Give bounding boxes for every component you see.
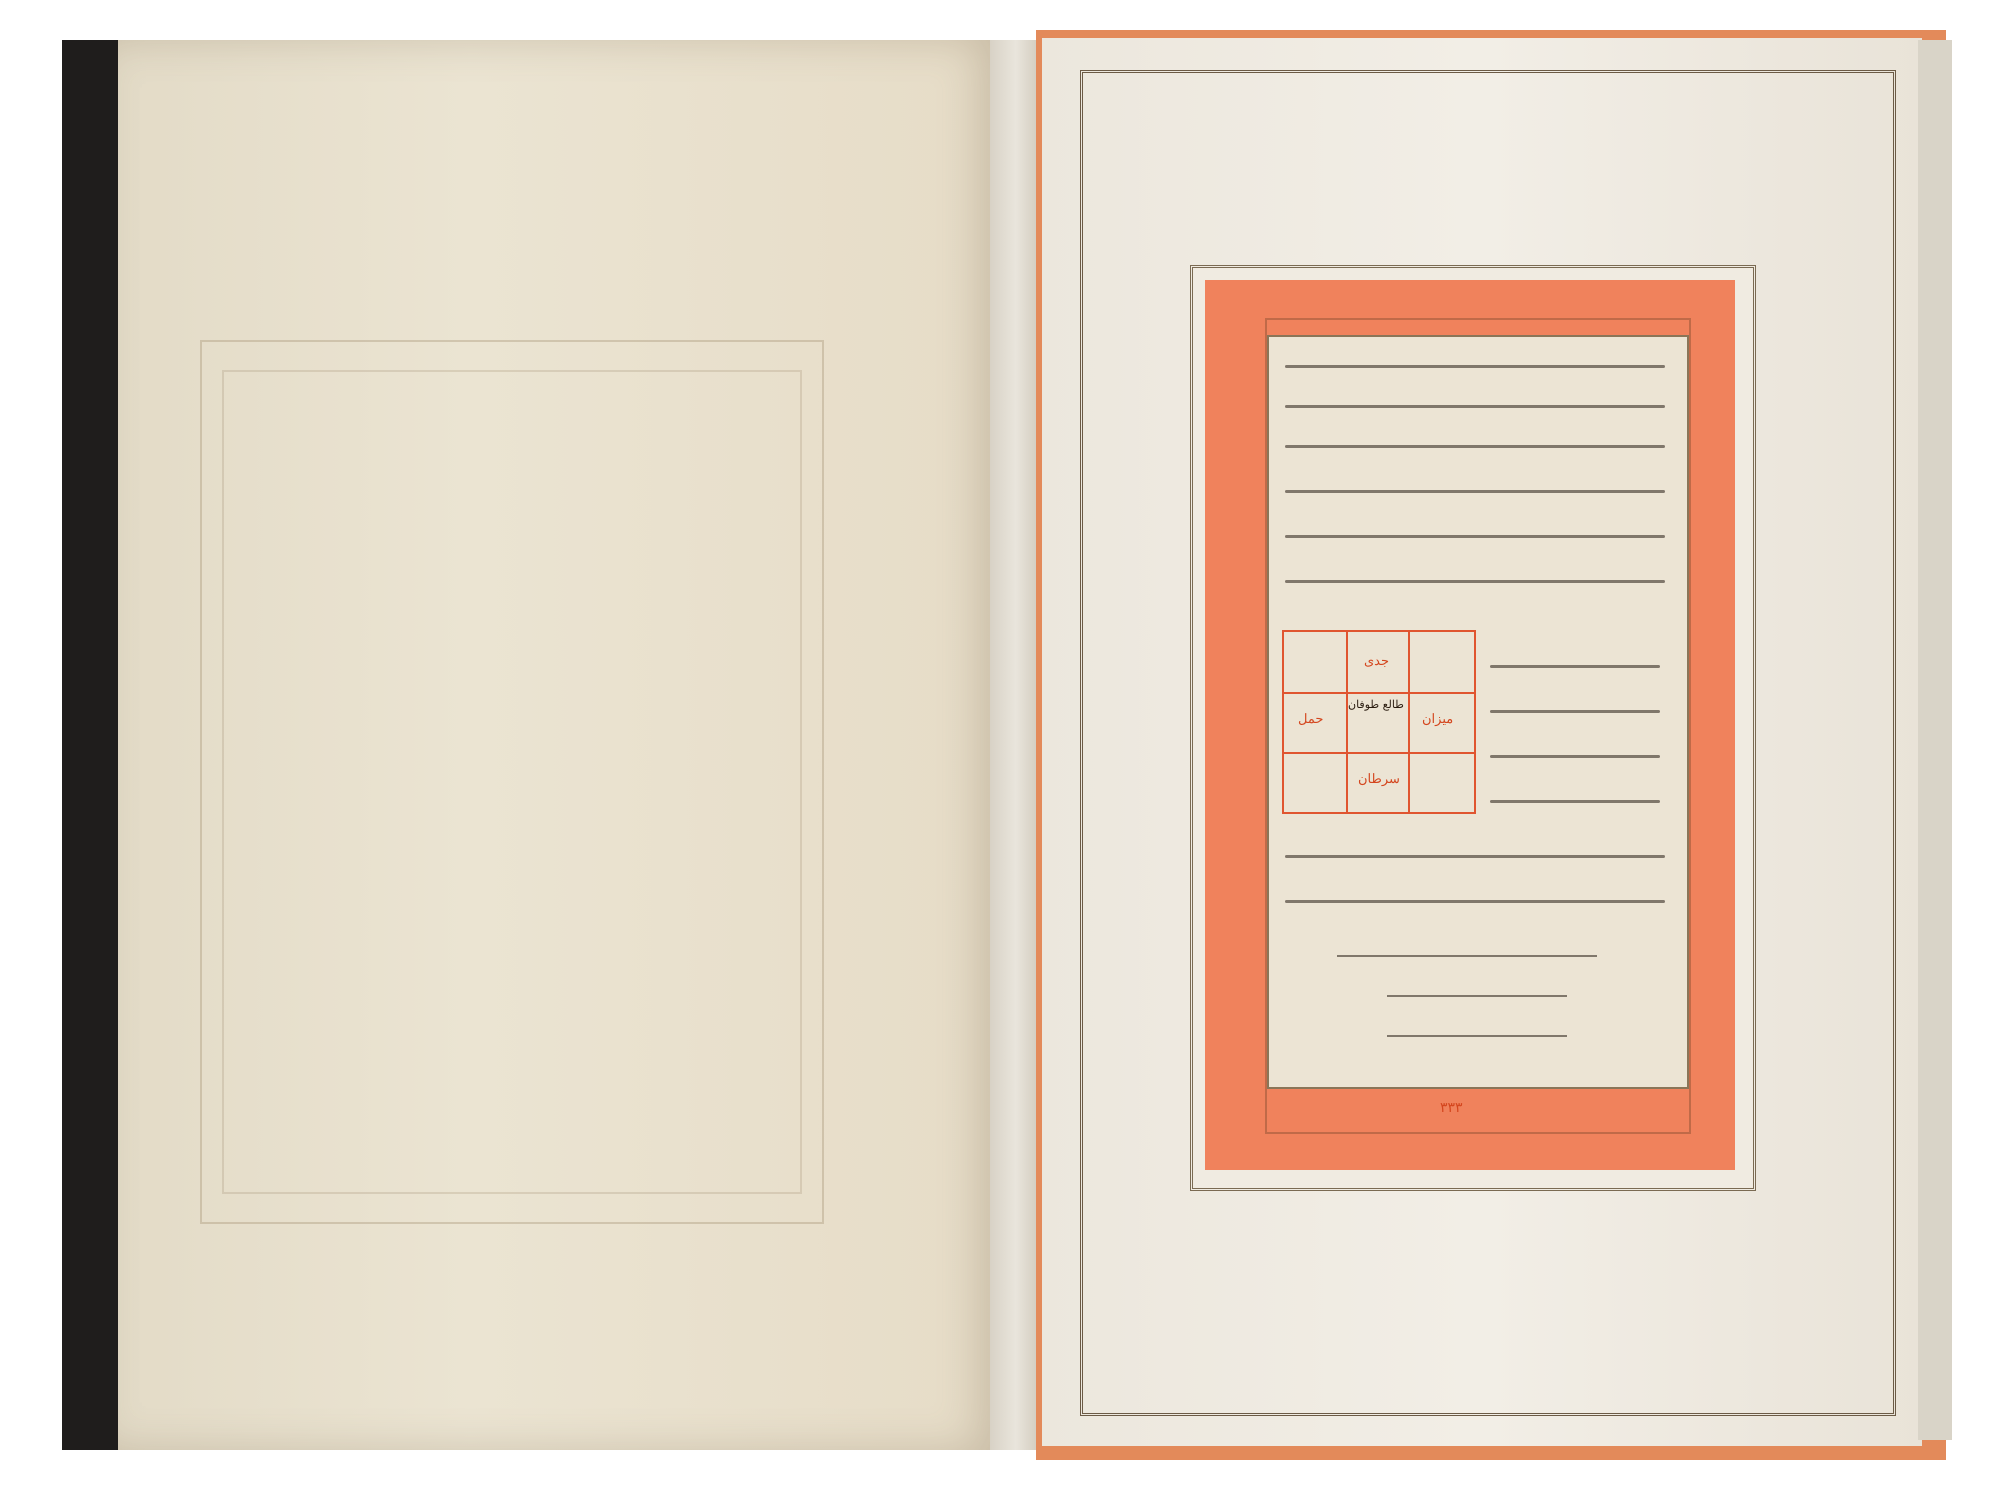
chart-label: حمل bbox=[1298, 712, 1323, 727]
text-line bbox=[1285, 365, 1665, 368]
text-line bbox=[1285, 535, 1665, 538]
horoscope-chart: جدی حمل میزان سرطان طالع طوفان bbox=[1282, 630, 1476, 814]
text-line bbox=[1285, 405, 1665, 408]
text-line bbox=[1490, 755, 1660, 758]
text-line bbox=[1285, 855, 1665, 858]
chart-label: جدی bbox=[1364, 654, 1389, 669]
text-line bbox=[1490, 710, 1660, 713]
book-gutter bbox=[990, 40, 1042, 1450]
page-number: ۳۳۳ bbox=[1440, 1100, 1463, 1116]
text-line bbox=[1285, 445, 1665, 448]
chart-label: سرطان bbox=[1358, 772, 1400, 787]
colophon bbox=[1267, 935, 1685, 1115]
black-binding bbox=[62, 40, 122, 1450]
text-line bbox=[1490, 665, 1660, 668]
text-line bbox=[1285, 900, 1665, 903]
chart-label: میزان bbox=[1422, 712, 1453, 727]
chart-center-label: طالع طوفان bbox=[1348, 698, 1404, 711]
right-cloth-edge bbox=[1918, 40, 1952, 1440]
text-line bbox=[1285, 580, 1665, 583]
text-line bbox=[1490, 800, 1660, 803]
text-line bbox=[1285, 490, 1665, 493]
ghost-frame-inner bbox=[222, 370, 802, 1194]
